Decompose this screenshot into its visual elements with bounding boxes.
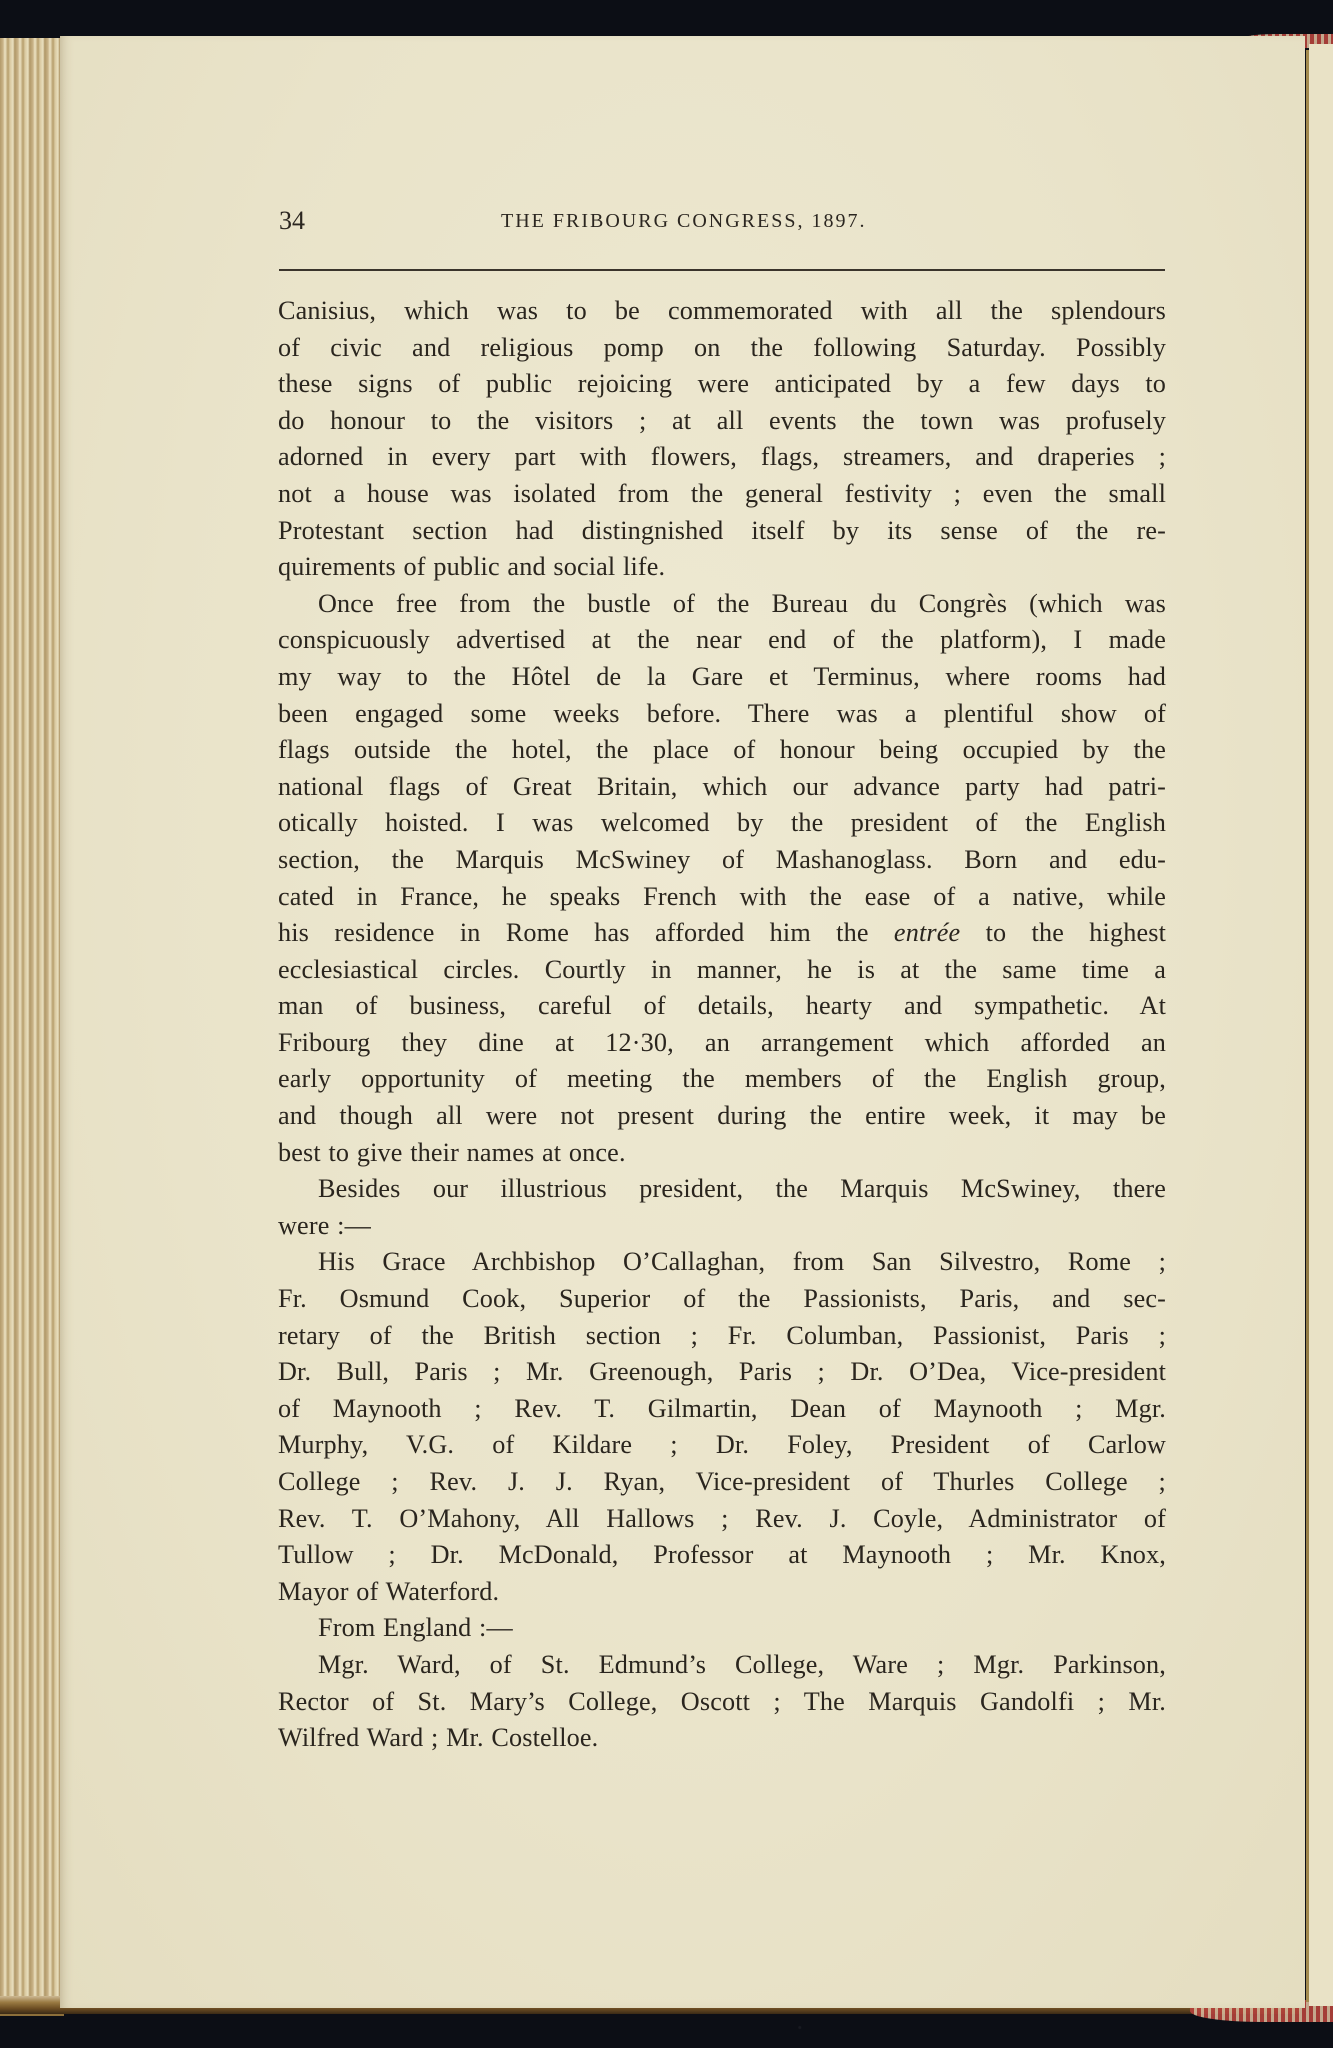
text-line: Mayor of Waterford. (278, 1574, 1166, 1611)
text-line: of civic and religious pomp on the follo… (278, 330, 1166, 367)
text-line: Rector of St. Mary’s College, Oscott ; T… (278, 1684, 1166, 1721)
text-line: Rev. T. O’Mahony, All Hallows ; Rev. J. … (278, 1501, 1166, 1538)
text-line: conspicuously advertised at the near end… (278, 622, 1166, 659)
text-line: cated in France, he speaks French with t… (278, 879, 1166, 916)
text-line: his residence in Rome has afforded him t… (278, 915, 1166, 952)
page-number: 34 (279, 206, 305, 236)
paragraph: Canisius, which was to be commemorated w… (278, 293, 1166, 586)
running-header: 34 THE FRIBOURG CONGRESS, 1897. (279, 206, 1165, 240)
text-line: Tullow ; Dr. McDonald, Professor at Mayn… (278, 1537, 1166, 1574)
text-line: these signs of public rejoicing were ant… (278, 366, 1166, 403)
page-stack-edges (0, 38, 64, 2016)
right-fore-edge (1309, 44, 1333, 2006)
text-line: Dr. Bull, Paris ; Mr. Greenough, Paris ;… (278, 1354, 1166, 1391)
body-text: Canisius, which was to be commemorated w… (278, 293, 1166, 1757)
text-line: Protestant section had distingnished its… (278, 513, 1166, 550)
paragraph: Once free from the bustle of the Bureau … (278, 586, 1166, 1172)
text-line: my way to the Hôtel de la Gare et Termin… (278, 659, 1166, 696)
text-line: man of business, careful of details, hea… (278, 988, 1166, 1025)
text-line: His Grace Archbishop O’Callaghan, from S… (278, 1244, 1166, 1281)
text-line: Wilfred Ward ; Mr. Costelloe. (278, 1720, 1166, 1757)
text-line: Besides our illustrious president, the M… (278, 1171, 1166, 1208)
text-line: quirements of public and social life. (278, 549, 1166, 586)
text-line: ecclesiastical circles. Courtly in manne… (278, 952, 1166, 989)
text-line: retary of the British section ; Fr. Colu… (278, 1318, 1166, 1355)
text-line: adorned in every part with flowers, flag… (278, 439, 1166, 476)
text-line: College ; Rev. J. J. Ryan, Vice-presiden… (278, 1464, 1166, 1501)
running-title: THE FRIBOURG CONGRESS, 1897. (501, 210, 866, 233)
text-line: Once free from the bustle of the Bureau … (278, 586, 1166, 623)
text-line: Canisius, which was to be commemorated w… (278, 293, 1166, 330)
text-line: been engaged some weeks before. There wa… (278, 696, 1166, 733)
text-line: and though all were not present during t… (278, 1098, 1166, 1135)
text-line: otically hoisted. I was welcomed by the … (278, 805, 1166, 842)
text-line: do honour to the visitors ; at all event… (278, 403, 1166, 440)
text-line: early opportunity of meeting the members… (278, 1061, 1166, 1098)
text-line: Fr. Osmund Cook, Superior of the Passion… (278, 1281, 1166, 1318)
italic-term: entrée (894, 918, 960, 947)
text-line: not a house was isolated from the genera… (278, 476, 1166, 513)
text-line: From England :— (278, 1610, 1166, 1647)
text-line: Murphy, V.G. of Kildare ; Dr. Foley, Pre… (278, 1427, 1166, 1464)
text-line: Mgr. Ward, of St. Edmund’s College, Ware… (278, 1647, 1166, 1684)
text-line: national flags of Great Britain, which o… (278, 769, 1166, 806)
header-rule (279, 269, 1165, 271)
paragraph: Besides our illustrious president, the M… (278, 1171, 1166, 1244)
page-fold-line (1306, 50, 1309, 2002)
paragraph: From England :— (278, 1610, 1166, 1647)
text-line: of Maynooth ; Rev. T. Gilmartin, Dean of… (278, 1391, 1166, 1428)
text-line: best to give their names at once. (278, 1135, 1166, 1172)
paragraph: His Grace Archbishop O’Callaghan, from S… (278, 1244, 1166, 1610)
text-line: were :— (278, 1208, 1166, 1245)
text-line: Fribourg they dine at 12·30, an arrangem… (278, 1025, 1166, 1062)
text-line: flags outside the hotel, the place of ho… (278, 732, 1166, 769)
paragraph: Mgr. Ward, of St. Edmund’s College, Ware… (278, 1647, 1166, 1757)
text-line: section, the Marquis McSwiney of Mashano… (278, 842, 1166, 879)
